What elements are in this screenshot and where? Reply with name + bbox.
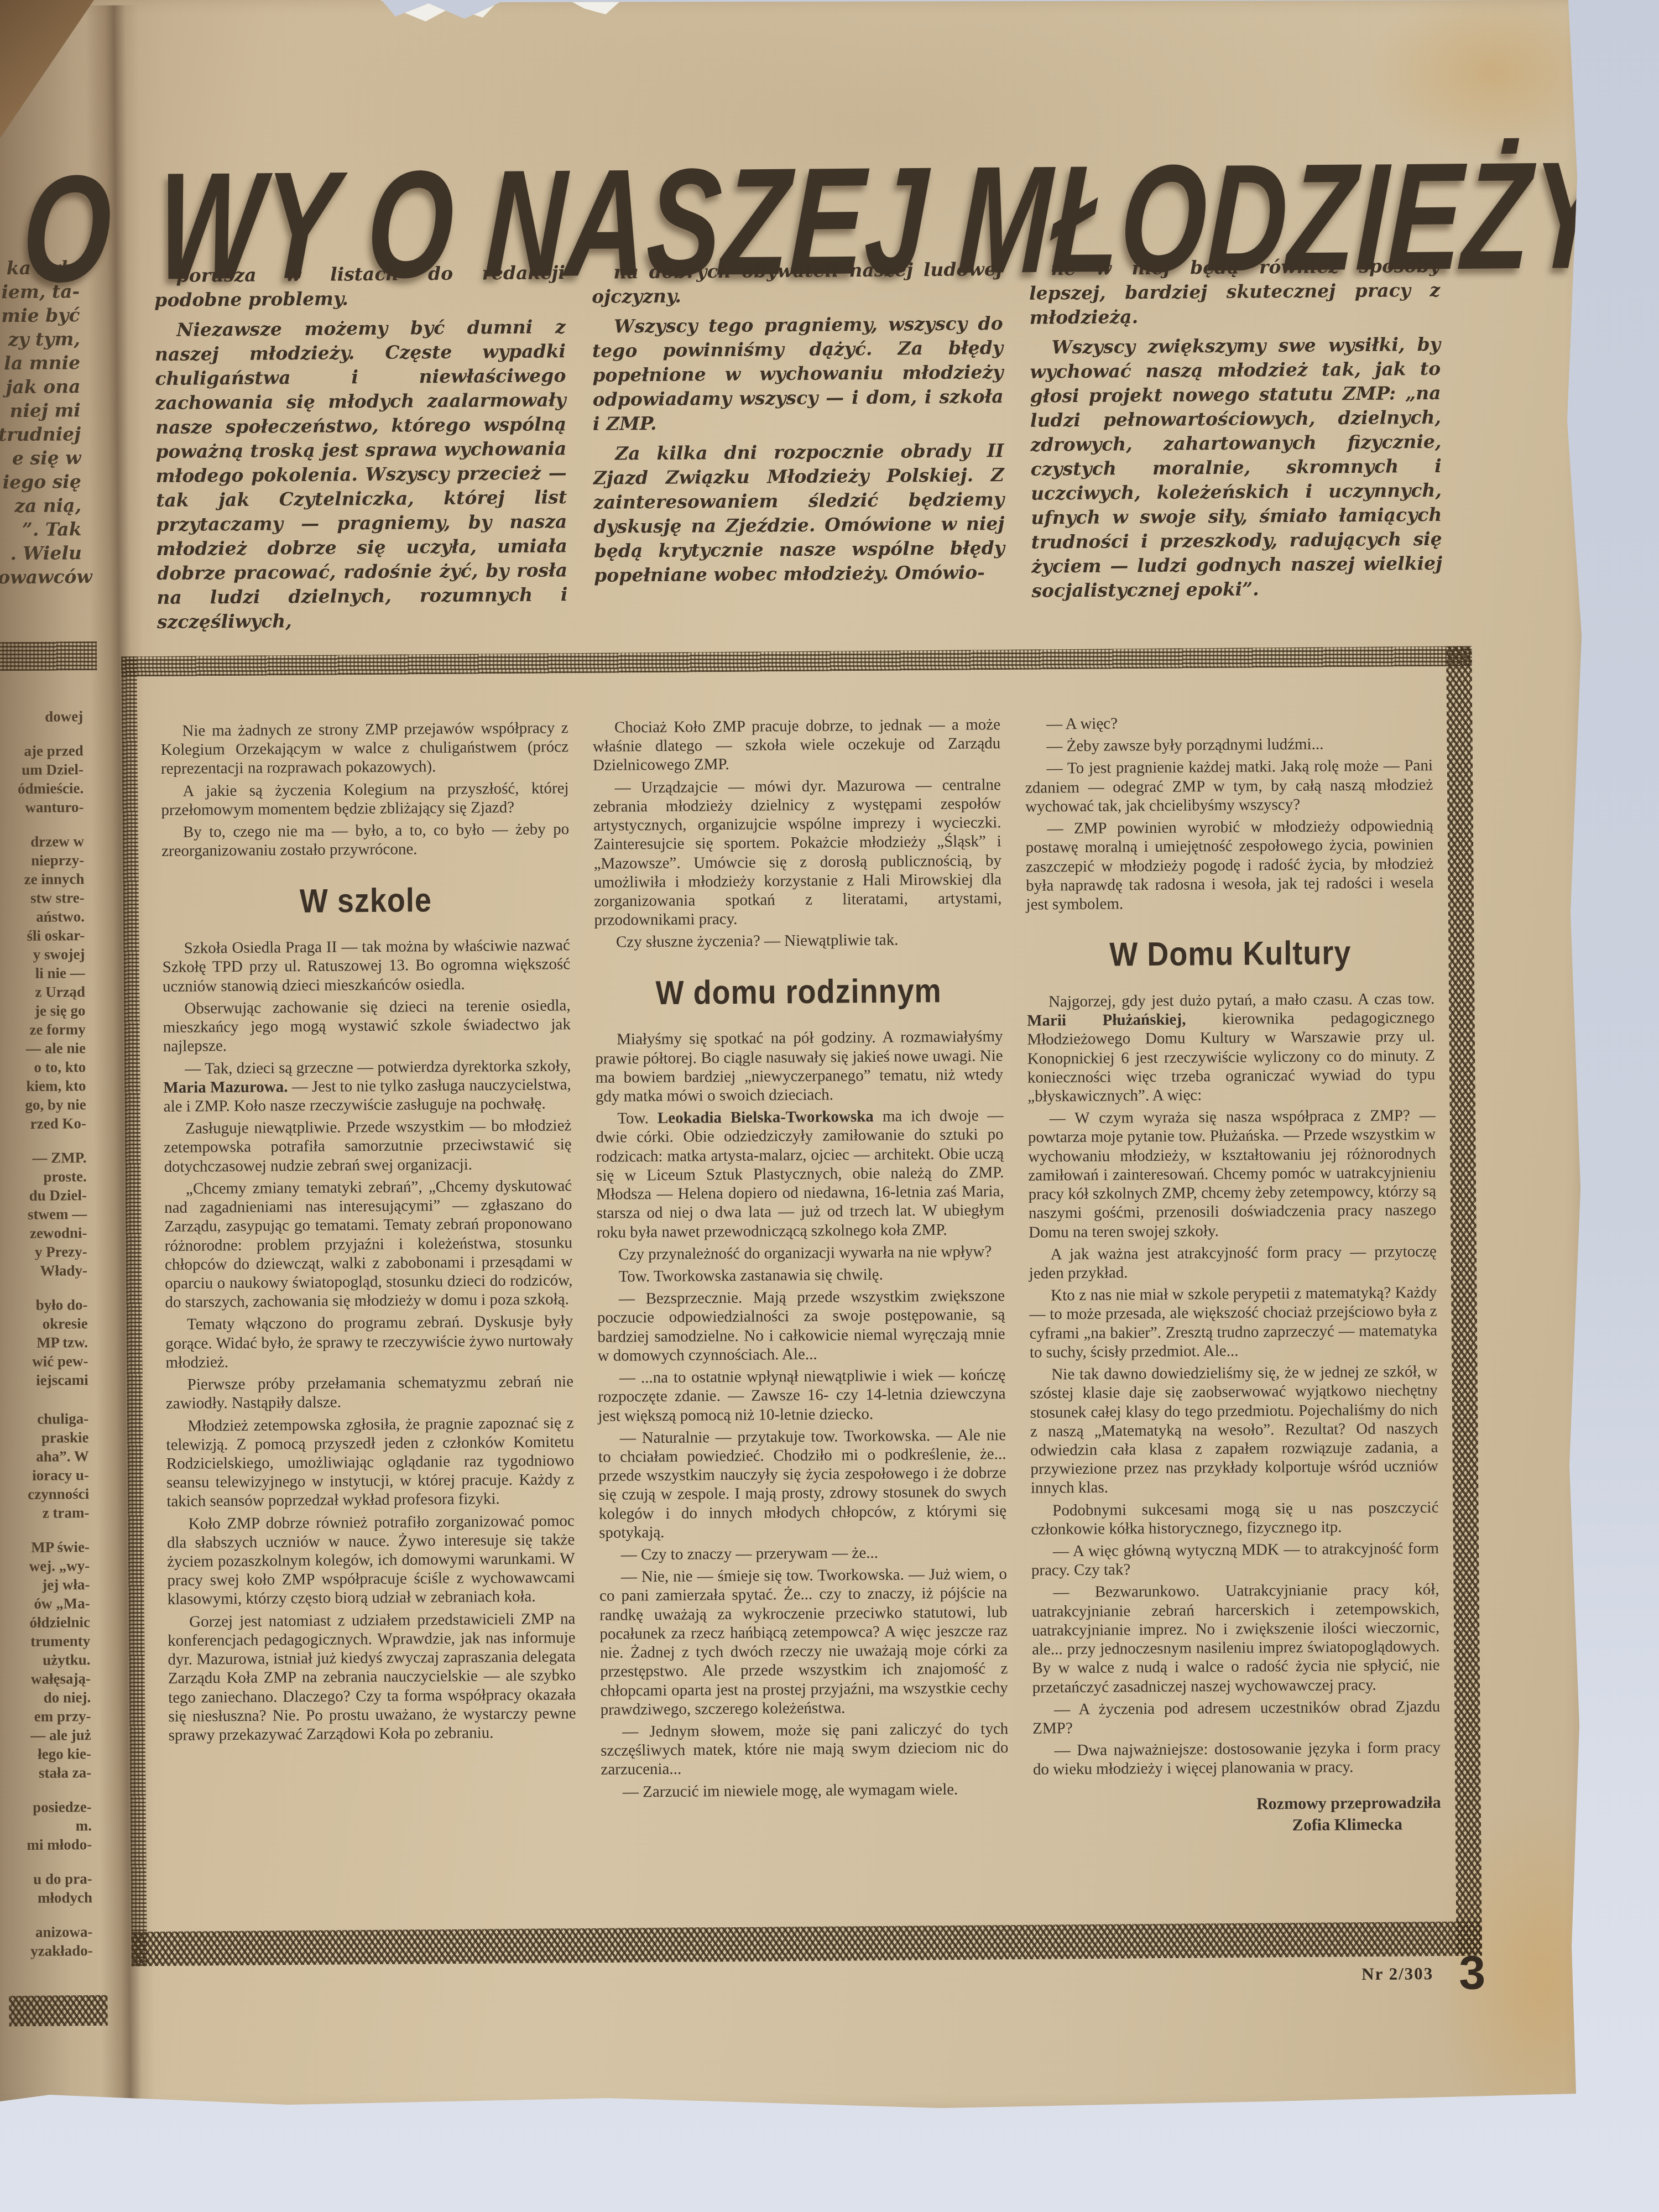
- signature-line-2: Zofia Klimecka: [1034, 1814, 1442, 1837]
- margin-fragment-line: um Dziel-: [0, 760, 84, 779]
- article-paragraph: — Czy to znaczy — przerywam — że...: [599, 1542, 1007, 1564]
- article-paragraph: Gorzej jest natomiast z udziałem przedst…: [168, 1609, 576, 1745]
- margin-fragment-line: jej wła-: [6, 1575, 90, 1594]
- article-paragraph: Tow. Tworkowska zastanawia się chwilę.: [597, 1264, 1005, 1286]
- article-paragraph: Tematy włączono do programu zebrań. Dysk…: [165, 1312, 573, 1372]
- article-paragraph: Nie ma żadnych ze strony ZMP przejawów w…: [160, 718, 568, 778]
- box-border-right: [1446, 646, 1482, 1955]
- margin-fragment-line: ”. Tak: [0, 517, 82, 541]
- margin-fragment-line: MP świe-: [6, 1537, 90, 1557]
- margin-fragment-line: zy tym,: [0, 327, 80, 351]
- article-paragraph: — To jest pragnienie każdej matki. Jaką …: [1025, 756, 1433, 816]
- article-column-3: — A więc?— Żeby zawsze były porządnymi l…: [1025, 712, 1442, 1918]
- margin-fragment-line: iejscami: [4, 1370, 88, 1390]
- article-paragraph: Młodzież zetempowska zgłosiła, że pragni…: [166, 1413, 575, 1511]
- margin-fragment-line: nieprzy-: [0, 851, 84, 870]
- margin-fragment-line: o to, kto: [2, 1057, 86, 1077]
- article-paragraph: — Zarzucić im niewiele mogę, ale wymagam…: [601, 1780, 1009, 1802]
- column3-body: Najgorzej, gdy jest dużo pytań, a mało c…: [1027, 989, 1441, 1779]
- column2-body: Miałyśmy się spotkać na pół godziny. A r…: [595, 1027, 1009, 1801]
- article-paragraph: — A więc?: [1025, 712, 1433, 734]
- signature-line-1: Rozmowy przeprowadziła: [1033, 1793, 1441, 1815]
- margin-fragment-line: wanturo-: [0, 797, 84, 817]
- headline-block: WY O NASZEJ MŁODZIEŻY: [161, 128, 1570, 272]
- margin-fragment-line: było do-: [3, 1295, 87, 1314]
- article-paragraph: Miałyśmy się spotkać na pół godziny. A r…: [595, 1027, 1003, 1106]
- margin-fragment-line: stwem —: [3, 1204, 87, 1224]
- issue-number: Nr 2/303: [1361, 1964, 1433, 1984]
- margin-fragment-line: wałęsają-: [7, 1669, 91, 1688]
- margin-hatch-band: [9, 1995, 107, 2026]
- margin-fragment-line: rzed Ko-: [2, 1114, 86, 1133]
- margin-fragment-line: je się go: [1, 1001, 85, 1020]
- article-paragraph: By to, czego nie ma — było, a to, co był…: [161, 820, 570, 860]
- article-paragraph: — Bezwarunkowo. Uatrakcyjnianie pracy kó…: [1031, 1580, 1440, 1697]
- headline-overflow-letter: O: [19, 142, 115, 316]
- article-paragraph: Czy słuszne życzenia? — Niewątpliwie tak…: [594, 930, 1003, 952]
- article-paragraph: — A życzenia pod adresem uczestników obr…: [1032, 1697, 1441, 1738]
- margin-fragment-line: trumenty: [6, 1631, 90, 1651]
- margin-fragment-line: śli oskar-: [1, 926, 85, 945]
- intro-paragraph: Wszyscy tego pragniemy, wszyscy do tego …: [592, 311, 1004, 436]
- margin-fragment-line: praskie: [4, 1428, 88, 1447]
- margin-fragments-bottom: chuliga-praskieaha”. Wioracy u-czynności…: [4, 1409, 93, 1960]
- margin-fragment-line: iego się: [0, 469, 81, 494]
- article-paragraph: — ZMP powinien wyrobić w młodzieży odpow…: [1025, 816, 1434, 914]
- margin-fragment-line: aństwo.: [1, 907, 85, 926]
- column1-body: Szkoła Osiedla Praga II — tak można by w…: [162, 936, 576, 1745]
- intro-column-2: na dobrych obywateli naszej ludowej ojcz…: [592, 257, 1005, 637]
- margin-fragment-line: kiem, kto: [2, 1076, 86, 1095]
- gap: [7, 1782, 91, 1798]
- margin-hatch-band: [0, 641, 97, 671]
- margin-fragment-line: ódmieście.: [0, 779, 84, 798]
- margin-fragment-line: — ale już: [7, 1725, 91, 1745]
- column1-lead: Nie ma żadnych ze strony ZMP przejawów w…: [160, 718, 569, 860]
- margin-fragment-line: li nie —: [1, 963, 85, 983]
- gap: [2, 1133, 86, 1149]
- article-paragraph: Zasługuje niewątpliwie. Przede wszystkim…: [164, 1116, 572, 1176]
- article-paragraph: Nie tak dawno dowiedzieliśmy się, że w j…: [1030, 1362, 1438, 1498]
- margin-fragment-line: stw stre-: [1, 888, 85, 907]
- article-paragraph: Kto z nas nie miał w szkole perypetii z …: [1029, 1283, 1437, 1362]
- gap: [8, 1854, 92, 1870]
- article-column-2: Chociaż Koło ZMP pracuje dobrze, to jedn…: [593, 715, 1010, 1922]
- article-paragraph: — Nie, nie — śmieje się tow. Tworkowska.…: [599, 1564, 1008, 1719]
- section-heading-w-domu-kultury: W Domu Kultury: [1026, 933, 1434, 975]
- article-paragraph: — W czym wyraża się nasza współpraca z Z…: [1027, 1106, 1436, 1241]
- intro-column-1: porusza w listach do redakcji podobne pr…: [154, 260, 568, 640]
- article-paragraph: Najgorzej, gdy jest dużo pytań, a mało c…: [1027, 989, 1436, 1106]
- margin-fragment-line: chuliga-: [4, 1409, 88, 1428]
- article-paragraph: A jakie są życzenia Kolegium na przyszło…: [161, 779, 569, 820]
- margin-fragment-line: drzew w: [0, 832, 84, 851]
- margin-fragment-line: MP tzw.: [4, 1333, 88, 1352]
- article-paragraph: A jak ważna jest atrakcyjność form pracy…: [1029, 1242, 1437, 1283]
- article-paragraph: — Urządzajcie — mówi dyr. Mazurowa — cen…: [593, 775, 1001, 930]
- margin-fragment-line: ze innych: [0, 869, 84, 889]
- margin-fragment-line: ółdzielnic: [6, 1613, 90, 1632]
- intro-paragraph: na dobrych obywateli naszej ludowej ojcz…: [592, 257, 1003, 309]
- margin-fragment-line: anizowa-: [8, 1922, 92, 1942]
- margin-fragment-line: u do pra-: [8, 1869, 92, 1888]
- article-paragraph: Obserwując zachowanie się dzieci na tere…: [163, 996, 571, 1056]
- margin-fragment-line: zewodni-: [3, 1223, 87, 1243]
- margin-fragment-line: Włady-: [3, 1261, 87, 1280]
- margin-fragment-line: niej mi: [0, 398, 81, 422]
- intro-paragraph: porusza w listach do redakcji podobne pr…: [154, 260, 566, 312]
- margin-fragment-line: em przy-: [7, 1707, 91, 1726]
- newspaper-photo: ka byłaiem, ta-mie byćzy tym,la mniejak …: [0, 0, 1659, 2212]
- margin-fragment-line: owawców: [0, 565, 82, 589]
- margin-fragment-line: ów „Ma-: [6, 1594, 90, 1613]
- margin-fragment-line: trudniej: [0, 422, 81, 446]
- article-paragraph: Podobnymi sukcesami mogą się u nas poszc…: [1031, 1498, 1439, 1539]
- newspaper-page: ka byłaiem, ta-mie byćzy tym,la mniejak …: [0, 0, 1592, 2109]
- margin-fragment-line: go, by nie: [2, 1095, 86, 1114]
- page-footer: Nr 2/303 3: [1198, 1945, 1486, 2002]
- intro-paragraph: Wszyscy zwiększymy swe wysiłki, by wycho…: [1030, 332, 1443, 603]
- intro-paragraph: ne w niej będą również sposoby lepszej, …: [1029, 254, 1441, 330]
- margin-fragment-line: — ale nie: [2, 1039, 86, 1058]
- margin-fragment-line: czynności: [5, 1484, 89, 1504]
- page-number: 3: [1459, 1946, 1486, 1999]
- margin-fragment-line: mi młodo-: [8, 1835, 92, 1854]
- gap: [3, 1280, 87, 1296]
- gap: [0, 816, 84, 832]
- margin-fragment-line: za nią,: [0, 493, 81, 518]
- section-heading-w-domu-rodzinnym: W domu rodzinnym: [594, 971, 1003, 1014]
- article-columns: Nie ma żadnych ze strony ZMP przejawów w…: [160, 712, 1442, 1925]
- margin-fragment-line: użytku.: [6, 1650, 90, 1670]
- author-signature: Rozmowy przeprowadziła Zofia Klimecka: [1033, 1793, 1441, 1838]
- margin-fragment-line: stała za-: [7, 1763, 91, 1782]
- page-content: ka byłaiem, ta-mie byćzy tym,la mniejak …: [0, 0, 1601, 2115]
- margin-fragment-line: posiedze-: [8, 1797, 92, 1817]
- article-paragraph: — Dwa najważniejsze: dostosowanie języka…: [1032, 1738, 1441, 1779]
- intro-section: porusza w listach do redakcji podobne pr…: [154, 254, 1443, 640]
- margin-fragment-line: la mnie: [0, 351, 80, 375]
- article-paragraph: — Jednym słowem, może się pani zaliczyć …: [601, 1719, 1009, 1779]
- article-column-1: Nie ma żadnych ze strony ZMP przejawów w…: [160, 718, 577, 1925]
- intro-paragraph: Niezawsze możemy być dumni z naszej młod…: [154, 315, 567, 634]
- column3-lead: — A więc?— Żeby zawsze były porządnymi l…: [1025, 712, 1434, 914]
- gap: [6, 1522, 90, 1538]
- margin-fragment-line: proste.: [3, 1167, 87, 1186]
- intro-paragraph: Za kilka dni rozpocznie obrady II Zjazd …: [593, 439, 1005, 588]
- margin-fragment-line: ioracy u-: [5, 1465, 89, 1485]
- margin-fragment-line: y Prezy-: [3, 1242, 87, 1261]
- box-border-top: [121, 646, 1472, 676]
- article-paragraph: — Żeby zawsze były porządnymi ludźmi...: [1025, 734, 1433, 756]
- margin-fragment-line: łego kie-: [7, 1744, 91, 1764]
- article-paragraph: — A więc główną wytyczną MDK — to atrakc…: [1031, 1539, 1439, 1580]
- margin-fragment-line: m.: [8, 1816, 92, 1835]
- margin-fragment-line: du Dziel-: [3, 1186, 87, 1205]
- margin-fragment-line: młodych: [8, 1888, 92, 1907]
- article-paragraph: — Bezsprzecznie. Mają przede wszystkim z…: [597, 1286, 1005, 1365]
- margin-fragment-line: dowej: [0, 707, 83, 726]
- column2-lead: Chociaż Koło ZMP pracuje dobrze, to jedn…: [593, 715, 1003, 952]
- article-paragraph: — Tak, dzieci są grzeczne — potwierdza d…: [163, 1056, 571, 1116]
- margin-fragment-line: do niej.: [7, 1688, 91, 1707]
- intro-column-3: ne w niej będą również sposoby lepszej, …: [1029, 254, 1443, 633]
- gap: [0, 726, 84, 742]
- article-paragraph: Tow. Leokadia Bielska-Tworkowska ma ich …: [596, 1106, 1004, 1241]
- margin-fragment-line: aha”. W: [5, 1447, 89, 1466]
- article-paragraph: Czy przynależność do organizacji wywarła…: [597, 1242, 1005, 1264]
- margin-fragments-middle: dowejaje przedum Dziel-ódmieście.wanturo…: [0, 707, 88, 1390]
- margin-fragment-line: — ZMP.: [2, 1148, 86, 1167]
- margin-fragment-line: ze formy: [1, 1020, 85, 1039]
- article-paragraph: Pierwsze próby przełamania schematyzmu z…: [166, 1372, 574, 1413]
- margin-fragment-line: okresie: [4, 1314, 88, 1333]
- article-box: Nie ma żadnych ze strony ZMP przejawów w…: [121, 646, 1482, 1966]
- margin-fragment-line: y swojej: [1, 945, 85, 964]
- margin-fragment-line: jak ona: [0, 374, 81, 399]
- article-paragraph: Koło ZMP dobrze również potrafiło zorgan…: [166, 1511, 575, 1609]
- margin-fragment-line: aje przed: [0, 741, 84, 760]
- margin-fragment-line: wić pew-: [4, 1352, 88, 1371]
- article-paragraph: Szkoła Osiedla Praga II — tak można by w…: [162, 936, 570, 995]
- margin-fragment-line: yzakłado-: [9, 1941, 93, 1960]
- gap: [8, 1907, 92, 1923]
- article-paragraph: — Naturalnie — przytakuje tow. Tworkowsk…: [598, 1426, 1007, 1542]
- article-paragraph: „Chcemy zmiany tematyki zebrań”, „Chcemy…: [164, 1176, 573, 1312]
- margin-fragment-line: e się w: [0, 446, 81, 470]
- article-paragraph: — ...na to ostatnie wpłynął niewątpliwie…: [598, 1365, 1006, 1425]
- section-heading-w-szkole: W szkole: [162, 880, 570, 922]
- margin-fragment-line: z tram-: [5, 1503, 89, 1522]
- article-paragraph: Chociaż Koło ZMP pracuje dobrze, to jedn…: [593, 715, 1001, 775]
- margin-fragment-line: . Wielu: [0, 541, 82, 565]
- margin-fragment-line: wej. „wy-: [6, 1556, 90, 1575]
- margin-fragment-line: z Urząd: [1, 982, 85, 1001]
